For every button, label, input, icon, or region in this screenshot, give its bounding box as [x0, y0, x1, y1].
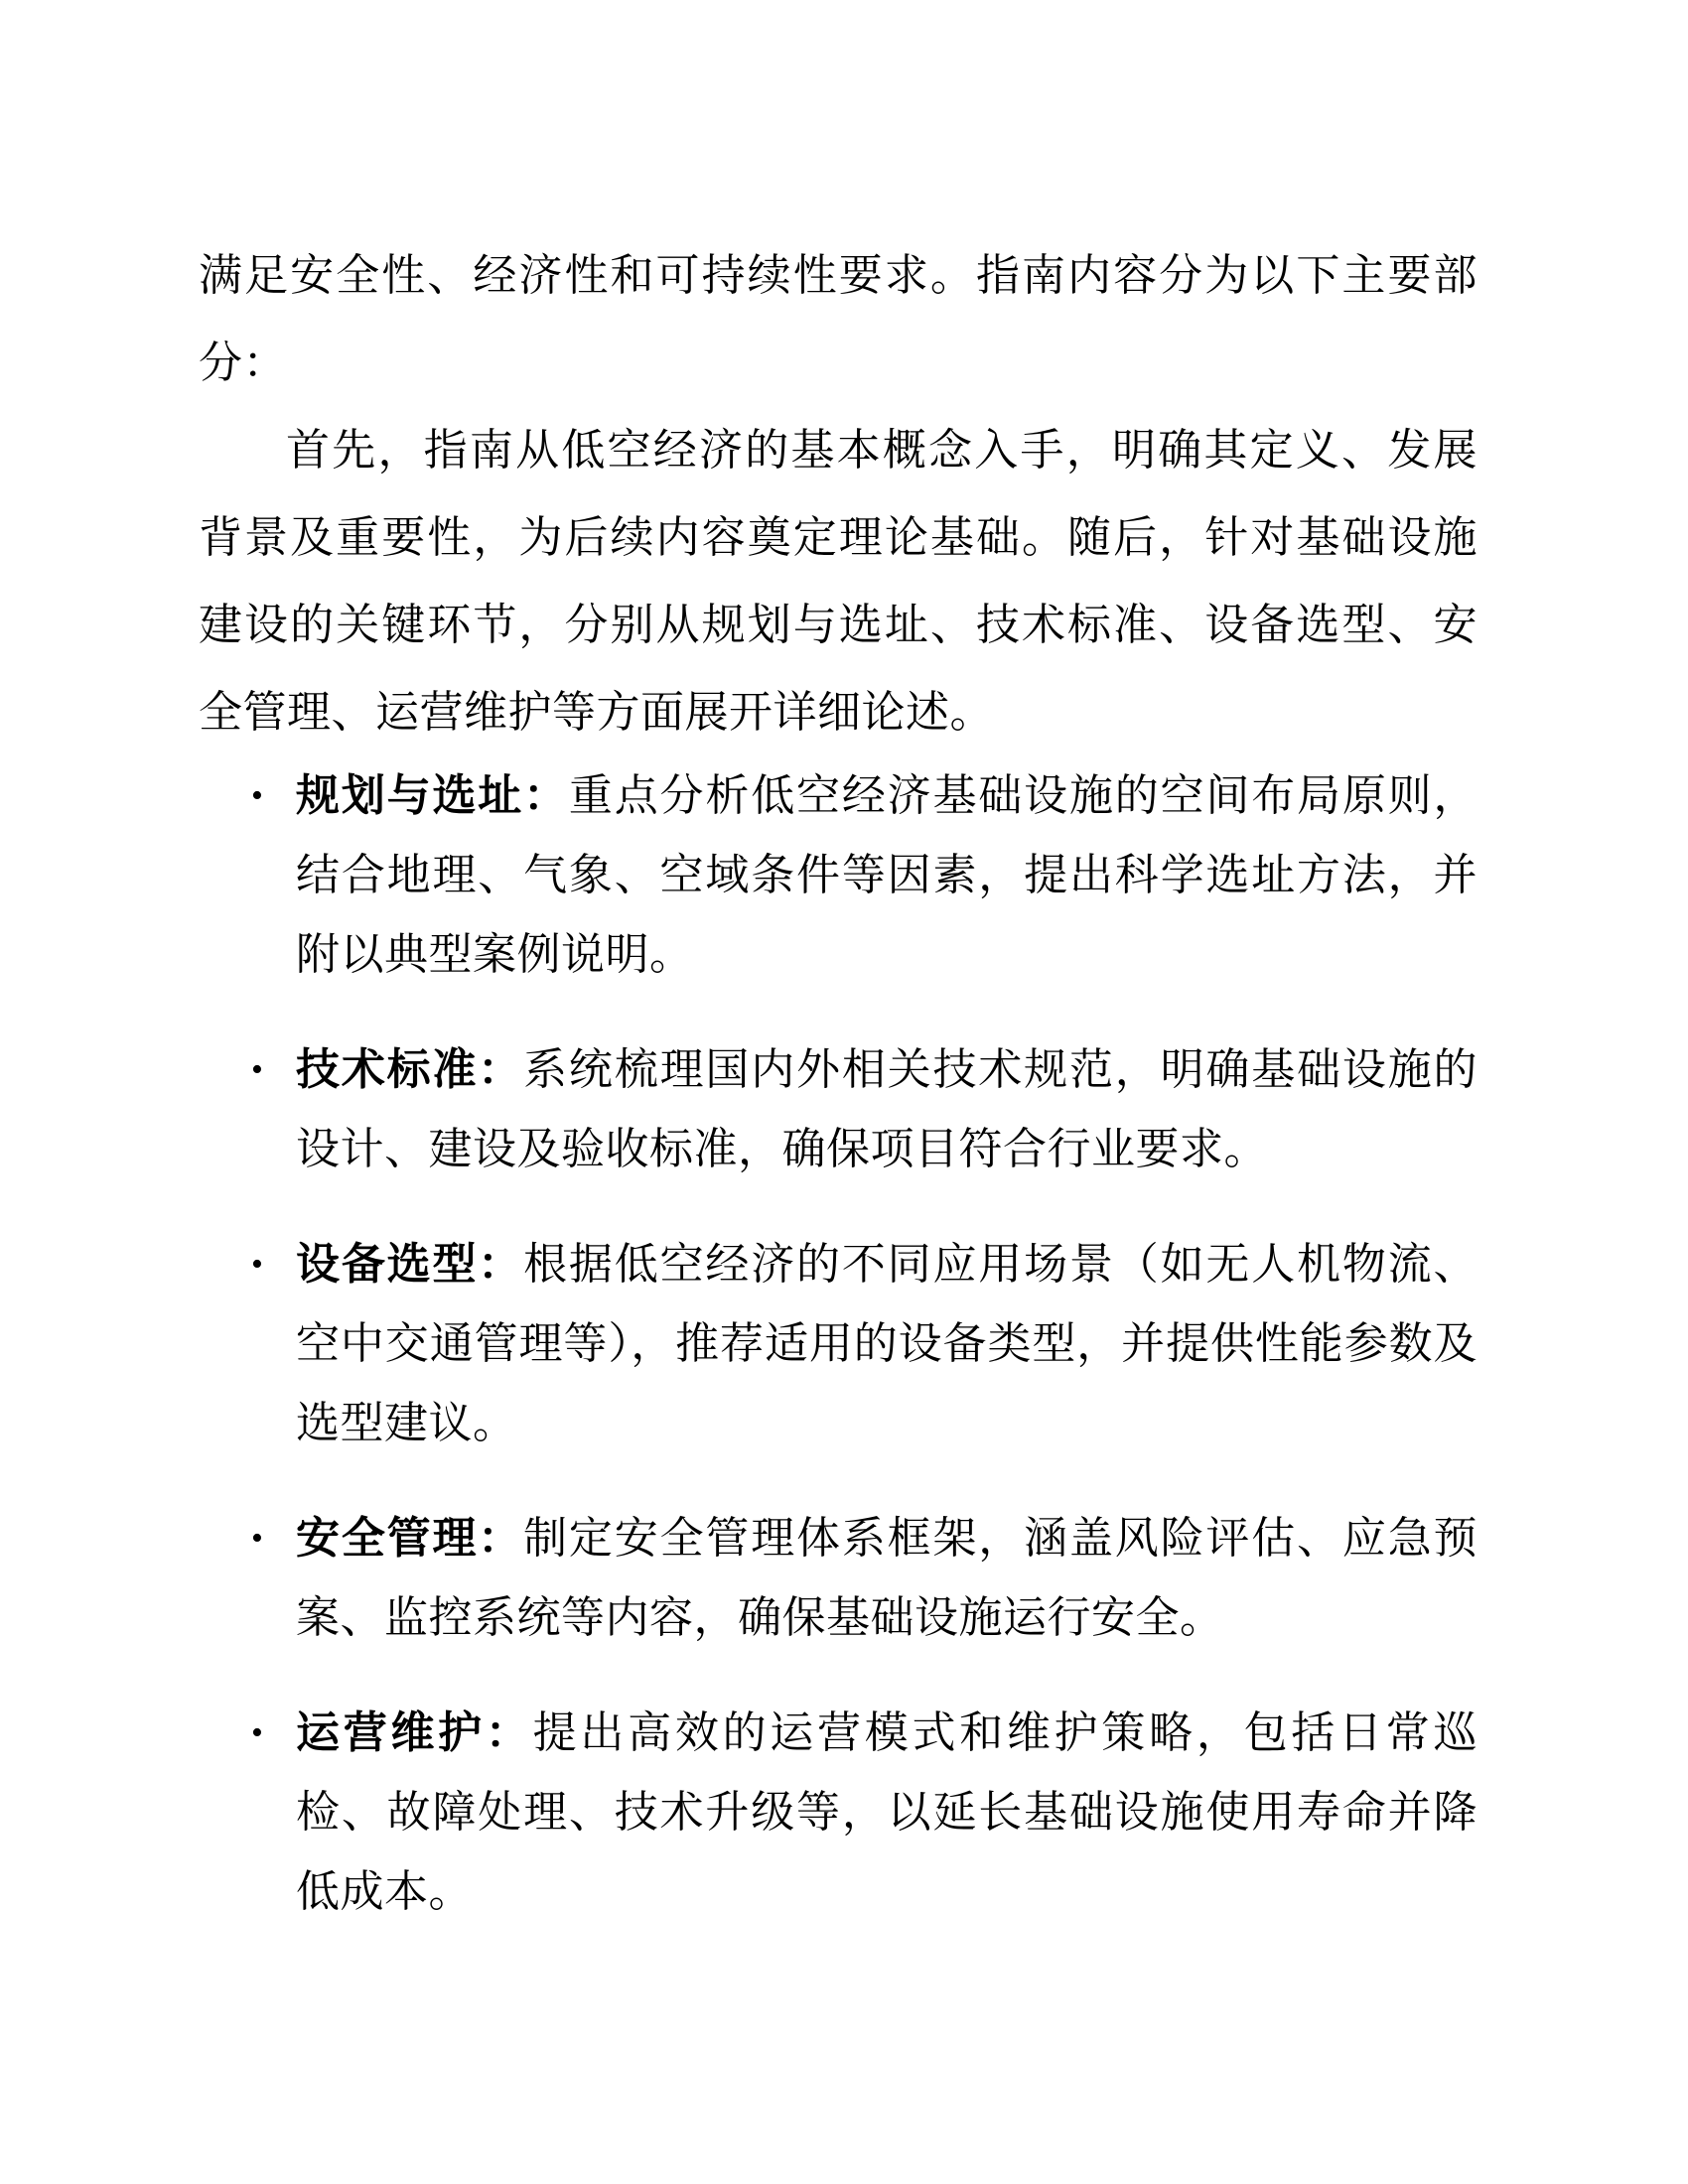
bullet-item-equipment-selection: • 设备选型：根据低空经济的不同应用场景（如无人机物流、空中交通管理等），推荐适… — [199, 1225, 1477, 1463]
bullet-icon: • — [251, 756, 296, 836]
bullet-content: 设备选型：根据低空经济的不同应用场景（如无人机物流、空中交通管理等），推荐适用的… — [296, 1225, 1477, 1463]
bullet-term: 技术标准： — [296, 1045, 523, 1094]
bullet-content: 技术标准：系统梳理国内外相关技术规范，明确基础设施的设计、建设及验收标准，确保项… — [296, 1030, 1477, 1189]
bullet-icon: • — [251, 1499, 296, 1578]
bullet-content: 安全管理：制定安全管理体系框架，涵盖风险评估、应急预案、监控系统等内容，确保基础… — [296, 1499, 1477, 1658]
bullet-content: 运营维护：提出高效的运营模式和维护策略，包括日常巡检、故障处理、技术升级等，以延… — [296, 1694, 1477, 1932]
bullet-term: 安全管理： — [296, 1514, 523, 1563]
bullet-list: • 规划与选址：重点分析低空经济基础设施的空间布局原则，结合地理、气象、空域条件… — [199, 756, 1477, 1932]
bullet-term: 规划与选址： — [296, 771, 569, 820]
bullet-item-safety-management: • 安全管理：制定安全管理体系框架，涵盖风险评估、应急预案、监控系统等内容，确保… — [199, 1499, 1477, 1658]
bullet-term: 运营维护： — [296, 1708, 533, 1757]
bullet-item-operation-maintenance: • 运营维护：提出高效的运营模式和维护策略，包括日常巡检、故障处理、技术升级等，… — [199, 1694, 1477, 1932]
paragraph-overview: 首先，指南从低空经济的基本概念入手，明确其定义、发展背景及重要性，为后续内容奠定… — [199, 407, 1477, 756]
document-page: 满足安全性、经济性和可持续性要求。指南内容分为以下主要部分： 首先，指南从低空经… — [0, 0, 1688, 2184]
bullet-term: 设备选型： — [296, 1240, 523, 1289]
bullet-item-planning-siting: • 规划与选址：重点分析低空经济基础设施的空间布局原则，结合地理、气象、空域条件… — [199, 756, 1477, 995]
bullet-content: 规划与选址：重点分析低空经济基础设施的空间布局原则，结合地理、气象、空域条件等因… — [296, 756, 1477, 995]
bullet-icon: • — [251, 1225, 296, 1304]
paragraph-continuation: 满足安全性、经济性和可持续性要求。指南内容分为以下主要部分： — [199, 232, 1477, 407]
bullet-icon: • — [251, 1030, 296, 1110]
bullet-item-technical-standards: • 技术标准：系统梳理国内外相关技术规范，明确基础设施的设计、建设及验收标准，确… — [199, 1030, 1477, 1189]
bullet-icon: • — [251, 1694, 296, 1773]
